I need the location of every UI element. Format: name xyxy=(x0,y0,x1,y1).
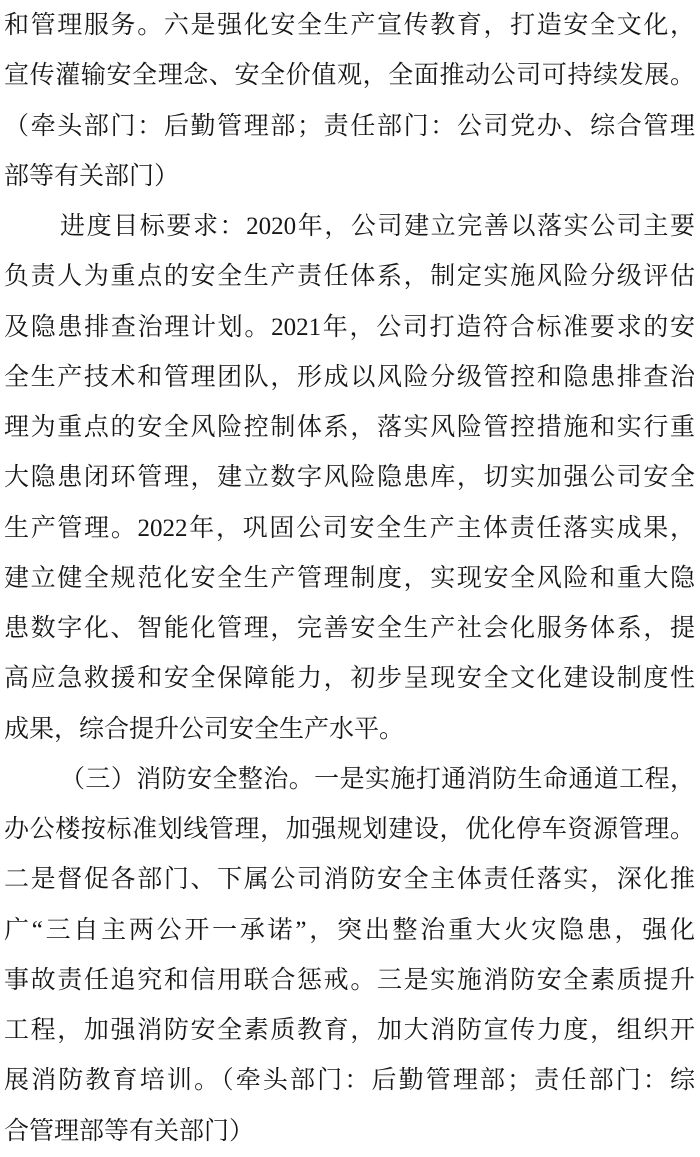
document-text: 和管理服务。六是强化安全生产宣传教育，打造安全文化，宣传灌输安全理念、安全价值观… xyxy=(4,1,695,1157)
text-line: 全生产技术和管理团队，形成以风险分级管控和隐患排查治 xyxy=(4,353,695,403)
text-line: 进度目标要求：2020年，公司建立完善以落实公司主要 xyxy=(4,202,695,252)
paragraph: （三）消防安全整治。一是实施打通消防生命通道工程，办公楼按标准划线管理，加强规划… xyxy=(4,755,695,1157)
text-line: 部等有关部门） xyxy=(4,152,695,202)
text-line: 生产管理。2022年，巩固公司安全生产主体责任落实成果， xyxy=(4,504,695,554)
text-line: 建立健全规范化安全生产管理制度，实现安全风险和重大隐 xyxy=(4,554,695,604)
text-line: 负责人为重点的安全生产责任体系，制定实施风险分级评估 xyxy=(4,252,695,302)
document-page: 和管理服务。六是强化安全生产宣传教育，打造安全文化，宣传灌输安全理念、安全价值观… xyxy=(0,0,700,1157)
text-line: 及隐患排查治理计划。2021年，公司打造符合标准要求的安 xyxy=(4,303,695,353)
text-line: 展消防教育培训。（牵头部门：后勤管理部；责任部门：综 xyxy=(4,1056,695,1106)
text-line: 办公楼按标准划线管理，加强规划建设，优化停车资源管理。 xyxy=(4,805,695,855)
text-line: 高应急救援和安全保障能力，初步呈现安全文化建设制度性 xyxy=(4,654,695,704)
text-line: 事故责任追究和信用联合惩戒。三是实施消防安全素质提升 xyxy=(4,956,695,1006)
paragraph: 进度目标要求：2020年，公司建立完善以落实公司主要负责人为重点的安全生产责任体… xyxy=(4,202,695,755)
text-line: 成果，综合提升公司安全生产水平。 xyxy=(4,705,695,755)
text-line: 大隐患闭环管理，建立数字风险隐患库，切实加强公司安全 xyxy=(4,453,695,503)
paragraph: 和管理服务。六是强化安全生产宣传教育，打造安全文化，宣传灌输安全理念、安全价值观… xyxy=(4,1,695,202)
text-line: （三）消防安全整治。一是实施打通消防生命通道工程， xyxy=(4,755,695,805)
text-line: 理为重点的安全风险控制体系，落实风险管控措施和实行重 xyxy=(4,403,695,453)
text-line: 二是督促各部门、下属公司消防安全主体责任落实，深化推 xyxy=(4,855,695,905)
text-line: 和管理服务。六是强化安全生产宣传教育，打造安全文化， xyxy=(4,1,695,51)
text-line: 患数字化、智能化管理，完善安全生产社会化服务体系，提 xyxy=(4,604,695,654)
text-line: 宣传灌输安全理念、安全价值观，全面推动公司可持续发展。 xyxy=(4,51,695,101)
text-line: 工程，加强消防安全素质教育，加大消防宣传力度，组织开 xyxy=(4,1006,695,1056)
text-line: （牵头部门：后勤管理部；责任部门：公司党办、综合管理 xyxy=(4,102,695,152)
text-line: 广“三自主两公开一承诺”，突出整治重大火灾隐患，强化 xyxy=(4,906,695,956)
text-line: 合管理部等有关部门） xyxy=(4,1107,695,1157)
